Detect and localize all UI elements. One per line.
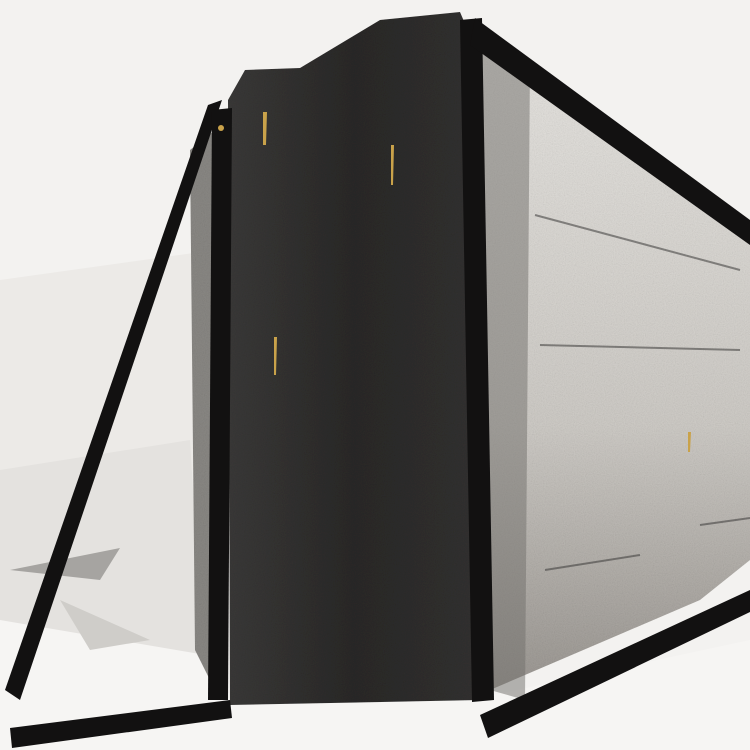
artwork-illustration <box>0 0 750 750</box>
artwork-photo: Black-and-white photograph print of a co… <box>0 0 750 750</box>
